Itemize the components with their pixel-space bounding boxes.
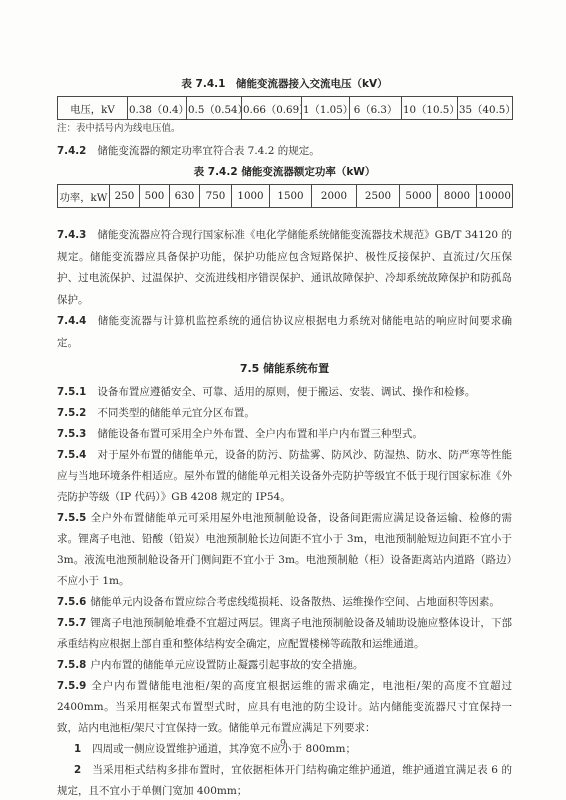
section-7-5-heading: 7.5 储能系统布置 [57, 361, 512, 376]
clause-number: 7.5.8 [57, 659, 86, 671]
table-cell: 10（10.5） [402, 97, 458, 120]
table-cell: 2000 [312, 185, 357, 208]
clause-text: 对于屋外布置的储能单元，设备的防污、防盐雾、防风沙、防湿热、防水、防严寒等性能应… [57, 449, 512, 503]
table-7-4-1-row-label: 电压，kV [58, 97, 128, 120]
clause-text: 储能变流器与计算机监控系统的通信协议应根据电力系统对储能电站的响应时间要求确定。 [57, 315, 512, 349]
table-cell: 8000 [438, 185, 477, 208]
clause-7-5-3: 7.5.3储能设备布置可采用全户外布置、全户内布置和半户内布置三种型式。 [57, 424, 512, 445]
table-cell: 1500 [270, 185, 312, 208]
clause-number: 7.5.1 [57, 386, 86, 398]
clause-text: 储能变流器的额定功率宜符合表 7.4.2 的规定。 [97, 145, 319, 157]
table-cell: 1（1.05） [302, 97, 350, 120]
page-content: 表 7.4.1 储能变流器接入交流电压（kV） 电压，kV 0.38（0.4） … [57, 77, 512, 800]
clause-number: 7.5.7 [57, 617, 86, 629]
clause-text: 全户内布置储能电池柜/架的高度宜根据运维的需求确定，电池柜/架的高度不宜超过 2… [57, 680, 512, 734]
table-cell: 0.5（0.54） [187, 97, 242, 120]
table-cell: 6（6.3） [350, 97, 402, 120]
table-cell: 0.38（0.4） [128, 97, 187, 120]
clause-7-5-6: 7.5.6储能单元内设备布置应综合考虑线缆损耗、设备散热、运维操作空间、占地面积… [57, 592, 512, 613]
table-cell: 500 [140, 185, 170, 208]
document-page: 表 7.4.1 储能变流器接入交流电压（kV） 电压，kV 0.38（0.4） … [0, 0, 566, 800]
clause-text: 全户外布置储能单元可采用屋外电池预制舱设备，设备间距需应满足设备运输、检修的需求… [57, 512, 512, 587]
sub-item-text: 当采用柜式结构多排布置时，宜依据柜体开门结构确定维护通道，维护通道宜满足表 6 … [57, 764, 512, 797]
table-7-4-1: 电压，kV 0.38（0.4） 0.5（0.54） 0.66（0.69） 1（1… [57, 96, 513, 120]
table-row: 功率，kW 250 500 630 750 1000 1500 2000 250… [58, 185, 513, 208]
table-cell: 0.66（0.69） [242, 97, 302, 120]
clause-text: 储能变流器应符合现行国家标准《电化学储能系统储能变流器技术规范》GB/T 341… [57, 229, 512, 306]
clause-number: 7.5.4 [57, 449, 86, 461]
clause-number: 7.5.3 [57, 428, 86, 440]
clause-7-5-7: 7.5.7锂离子电池预制舱堆叠不宜超过两层。锂离子电池预制舱设备及辅助设施应整体… [57, 613, 512, 655]
clause-number: 7.4.3 [57, 229, 86, 241]
clause-text: 户内布置的储能单元应设置防止凝露引起事故的安全措施。 [90, 659, 363, 671]
clause-text: 设备布置应遵循安全、可靠、适用的原则，便于搬运、安装、调试、操作和检修。 [97, 386, 475, 398]
clause-number: 7.5.2 [57, 407, 86, 419]
page-number: 9 [0, 738, 566, 749]
clause-text: 不同类型的储能单元宜分区布置。 [97, 407, 255, 419]
clause-7-4-4: 7.4.4储能变流器与计算机监控系统的通信协议应根据电力系统对储能电站的响应时间… [57, 311, 512, 354]
clause-7-5-4: 7.5.4对于屋外布置的储能单元，设备的防污、防盐雾、防风沙、防湿热、防水、防严… [57, 445, 512, 508]
table-cell: 250 [110, 185, 140, 208]
clause-text: 储能单元内设备布置应综合考虑线缆损耗、设备散热、运维操作空间、占地面积等因素。 [90, 596, 500, 608]
clause-7-4-2: 7.4.2储能变流器的额定功率宜符合表 7.4.2 的规定。 [57, 141, 512, 162]
clause-number: 7.5.9 [57, 680, 86, 692]
clause-text: 储能设备布置可采用全户外布置、全户内布置和半户内布置三种型式。 [97, 428, 423, 440]
clause-number: 7.5.6 [57, 596, 86, 608]
clause-7-5-9: 7.5.9全户内布置储能电池柜/架的高度宜根据运维的需求确定，电池柜/架的高度不… [57, 676, 512, 739]
table-cell: 630 [170, 185, 200, 208]
clause-7-5-8: 7.5.8户内布置的储能单元应设置防止凝露引起事故的安全措施。 [57, 655, 512, 676]
table-cell: 35（40.5） [458, 97, 513, 120]
table-cell: 5000 [400, 185, 438, 208]
clause-7-5-5: 7.5.5全户外布置储能单元可采用屋外电池预制舱设备，设备间距需应满足设备运输、… [57, 508, 512, 592]
clause-text: 锂离子电池预制舱堆叠不宜超过两层。锂离子电池预制舱设备及辅助设施应整体设计，下部… [57, 617, 512, 650]
clause-7-5-2: 7.5.2不同类型的储能单元宜分区布置。 [57, 403, 512, 424]
table-cell: 1000 [232, 185, 270, 208]
clause-7-5-1: 7.5.1设备布置应遵循安全、可靠、适用的原则，便于搬运、安装、调试、操作和检修… [57, 382, 512, 403]
sub-item-2: 2当采用柜式结构多排布置时，宜依据柜体开门结构确定维护通道，维护通道宜满足表 6… [57, 760, 512, 800]
table-7-4-2-caption: 表 7.4.2 储能变流器额定功率（kW） [57, 165, 512, 179]
table-7-4-1-caption: 表 7.4.1 储能变流器接入交流电压（kV） [57, 77, 512, 91]
clause-number: 7.5.5 [57, 512, 86, 524]
sub-item-number: 2 [74, 764, 81, 776]
clause-7-4-3: 7.4.3储能变流器应符合现行国家标准《电化学储能系统储能变流器技术规范》GB/… [57, 225, 512, 311]
table-7-4-1-note: 注：表中括号内为线电压值。 [57, 122, 512, 135]
clause-number: 7.4.4 [57, 315, 86, 327]
clause-number: 7.4.2 [57, 145, 86, 157]
table-7-4-2-row-label: 功率，kW [58, 185, 110, 208]
table-cell: 750 [200, 185, 232, 208]
table-cell: 10000 [477, 185, 513, 208]
table-7-4-2: 功率，kW 250 500 630 750 1000 1500 2000 250… [57, 184, 513, 208]
table-row: 电压，kV 0.38（0.4） 0.5（0.54） 0.66（0.69） 1（1… [58, 97, 513, 120]
table-cell: 2500 [357, 185, 400, 208]
